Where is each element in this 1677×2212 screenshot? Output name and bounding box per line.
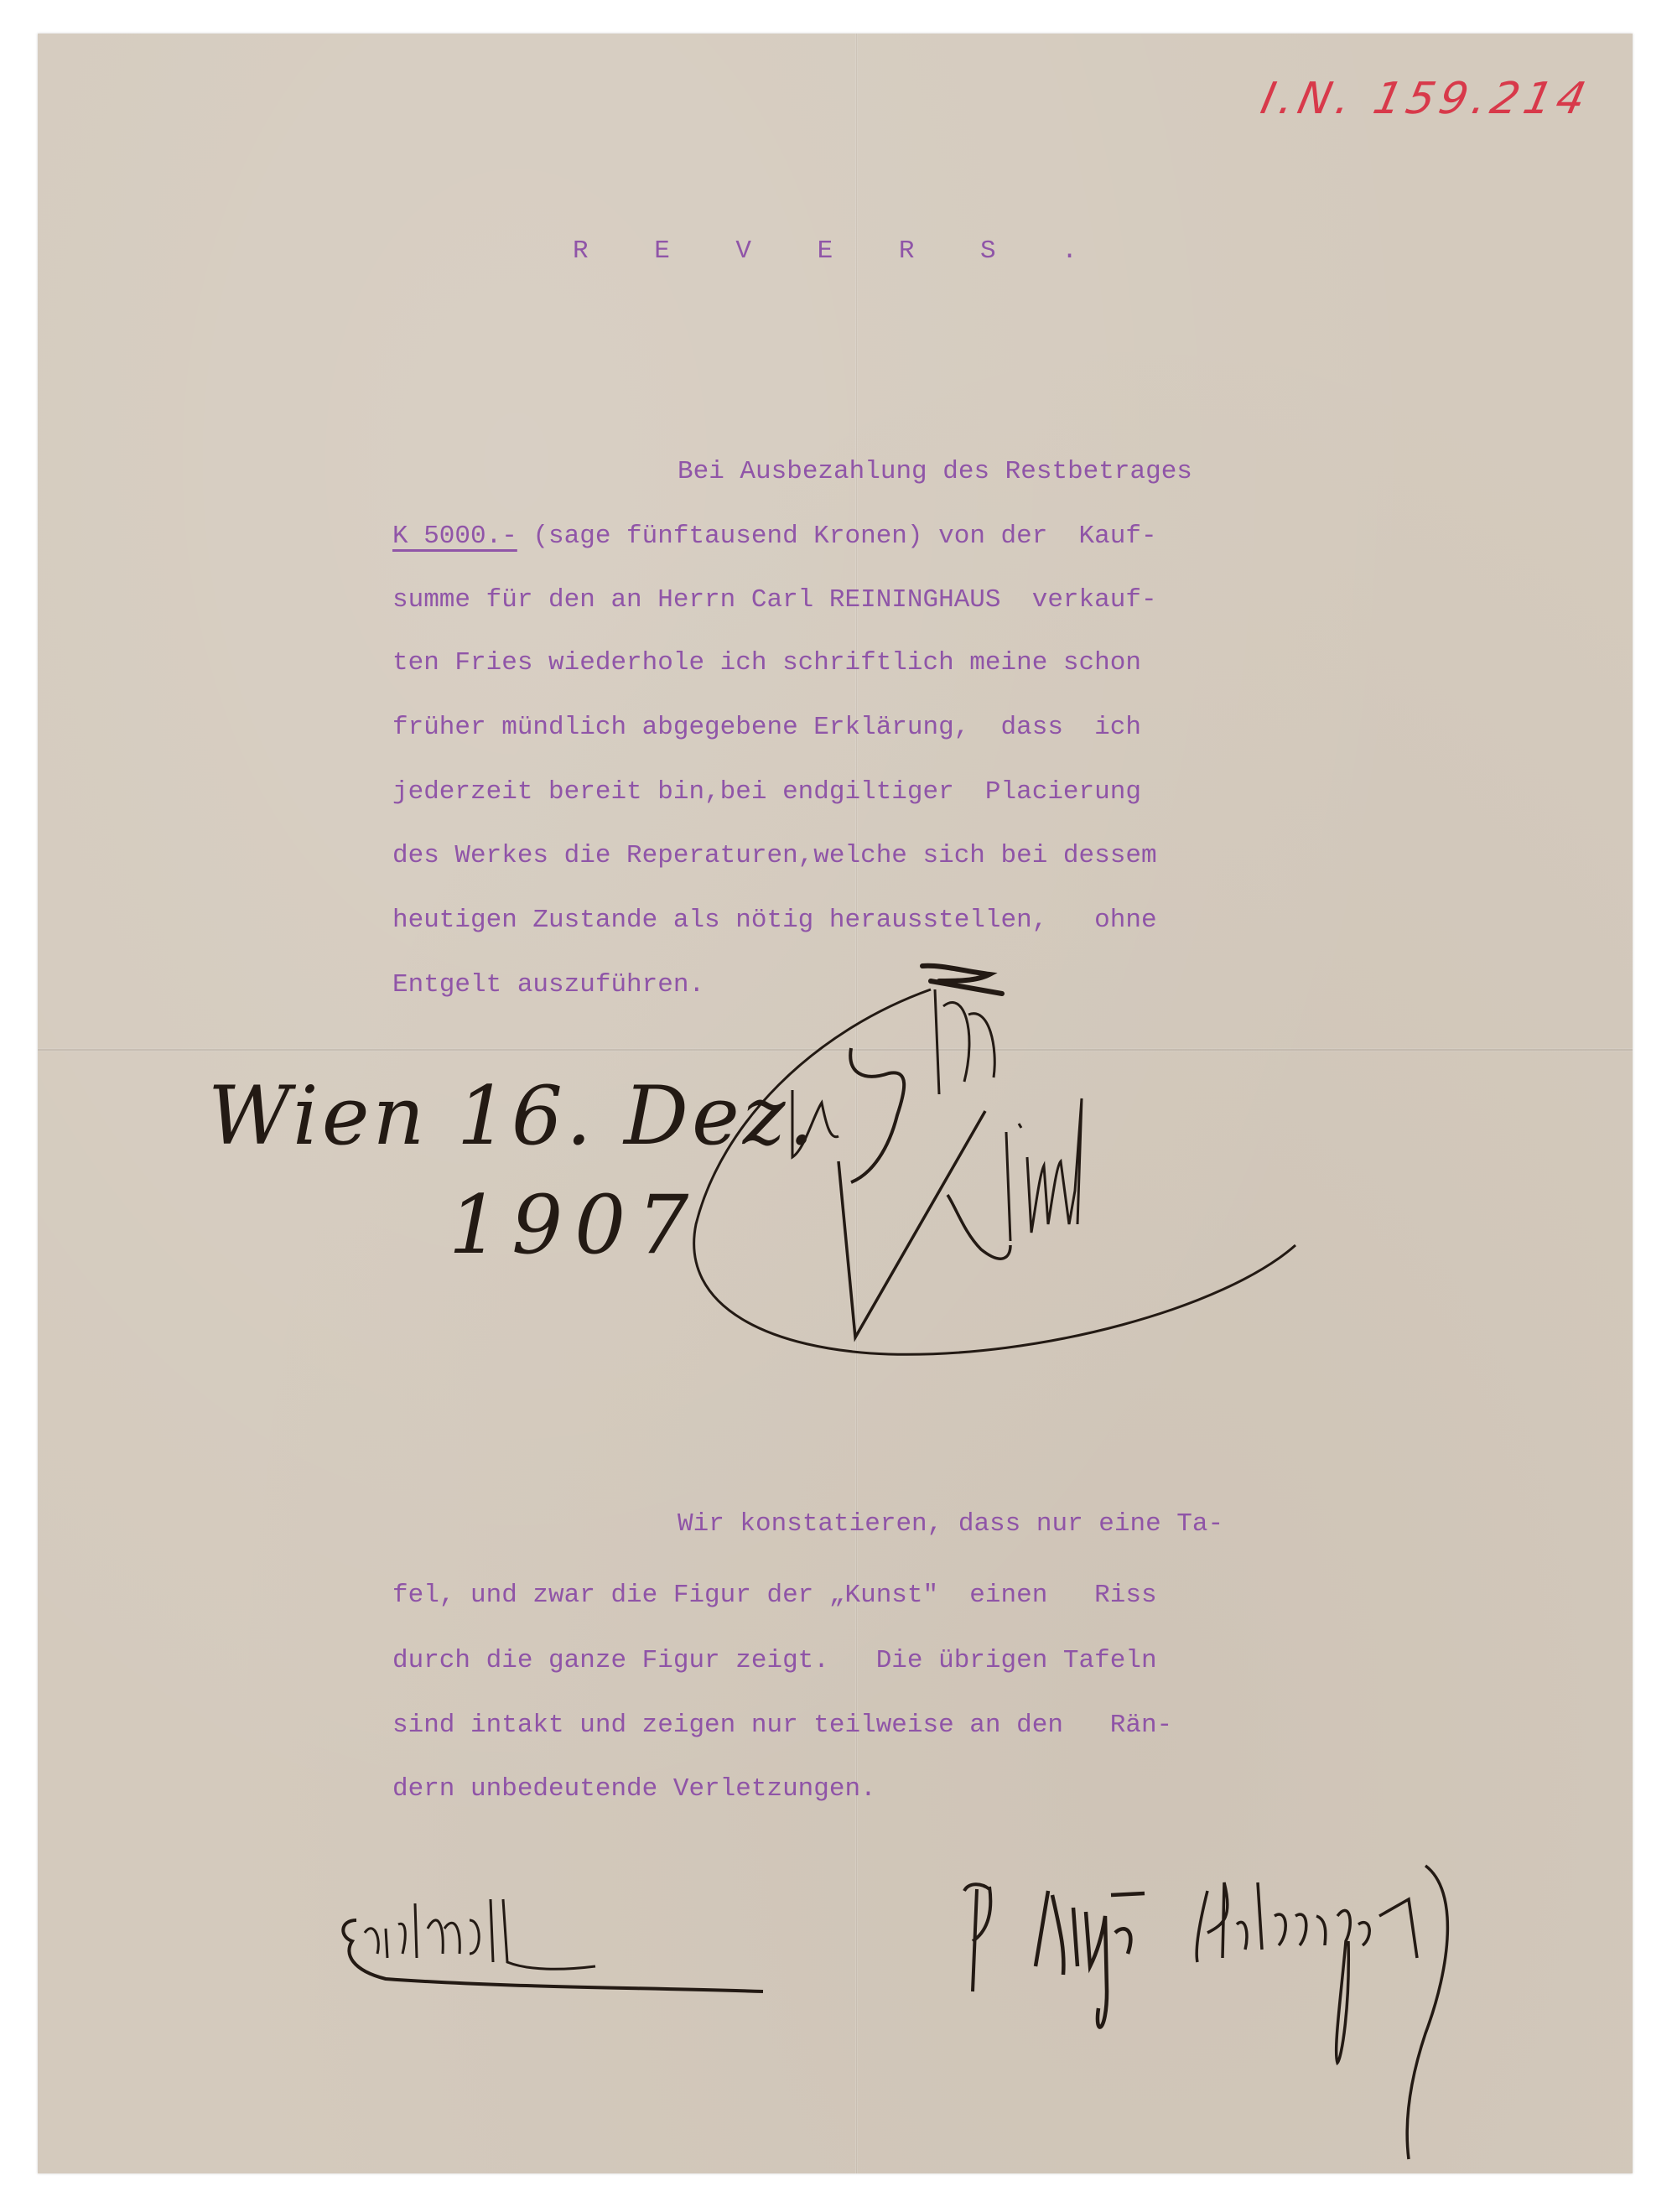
text-line: jederzeit bereit bin,bei endgiltiger Pla… bbox=[392, 777, 1332, 807]
text-line: dern unbedeutende Verletzungen. bbox=[392, 1774, 1332, 1804]
text-line-rest: (sage fünftausend Kronen) von der Kauf- bbox=[532, 522, 1156, 551]
text-line: K 5000.- (sage fünftausend Kronen) von d… bbox=[392, 522, 1332, 551]
text-line: Bei Ausbezahlung des Restbetrages bbox=[678, 457, 1617, 486]
text-line: Wir konstatieren, dass nur eine Ta- bbox=[678, 1509, 1617, 1539]
text-line: ten Fries wiederhole ich schriftlich mei… bbox=[392, 648, 1332, 678]
text-line: summe für den an Herrn Carl REININGHAUS … bbox=[392, 585, 1332, 615]
text-line: des Werkes die Reperaturen,welche sich b… bbox=[392, 841, 1332, 870]
archive-number: I.N. 159.214 bbox=[1257, 74, 1596, 124]
handwritten-year: 1907 bbox=[449, 1178, 700, 1272]
klimt-signature bbox=[688, 956, 1358, 1392]
text-line: früher mündlich abgegebene Erklärung, da… bbox=[392, 713, 1332, 742]
hugo-haberfeld-signature bbox=[956, 1866, 1560, 2168]
text-line: heutigen Zustande als nötig herausstelle… bbox=[392, 906, 1332, 935]
text-line: durch die ganze Figur zeigt. Die übrigen… bbox=[392, 1646, 1332, 1675]
text-line: fel, und zwar die Figur der „Kunst" eine… bbox=[392, 1581, 1332, 1610]
amount-underlined: K 5000.- bbox=[392, 522, 517, 551]
text-line: sind intakt und zeigen nur teilweise an … bbox=[392, 1711, 1332, 1740]
carl-moll-signature bbox=[335, 1887, 771, 2012]
document-title: R E V E R S . bbox=[573, 236, 1103, 266]
